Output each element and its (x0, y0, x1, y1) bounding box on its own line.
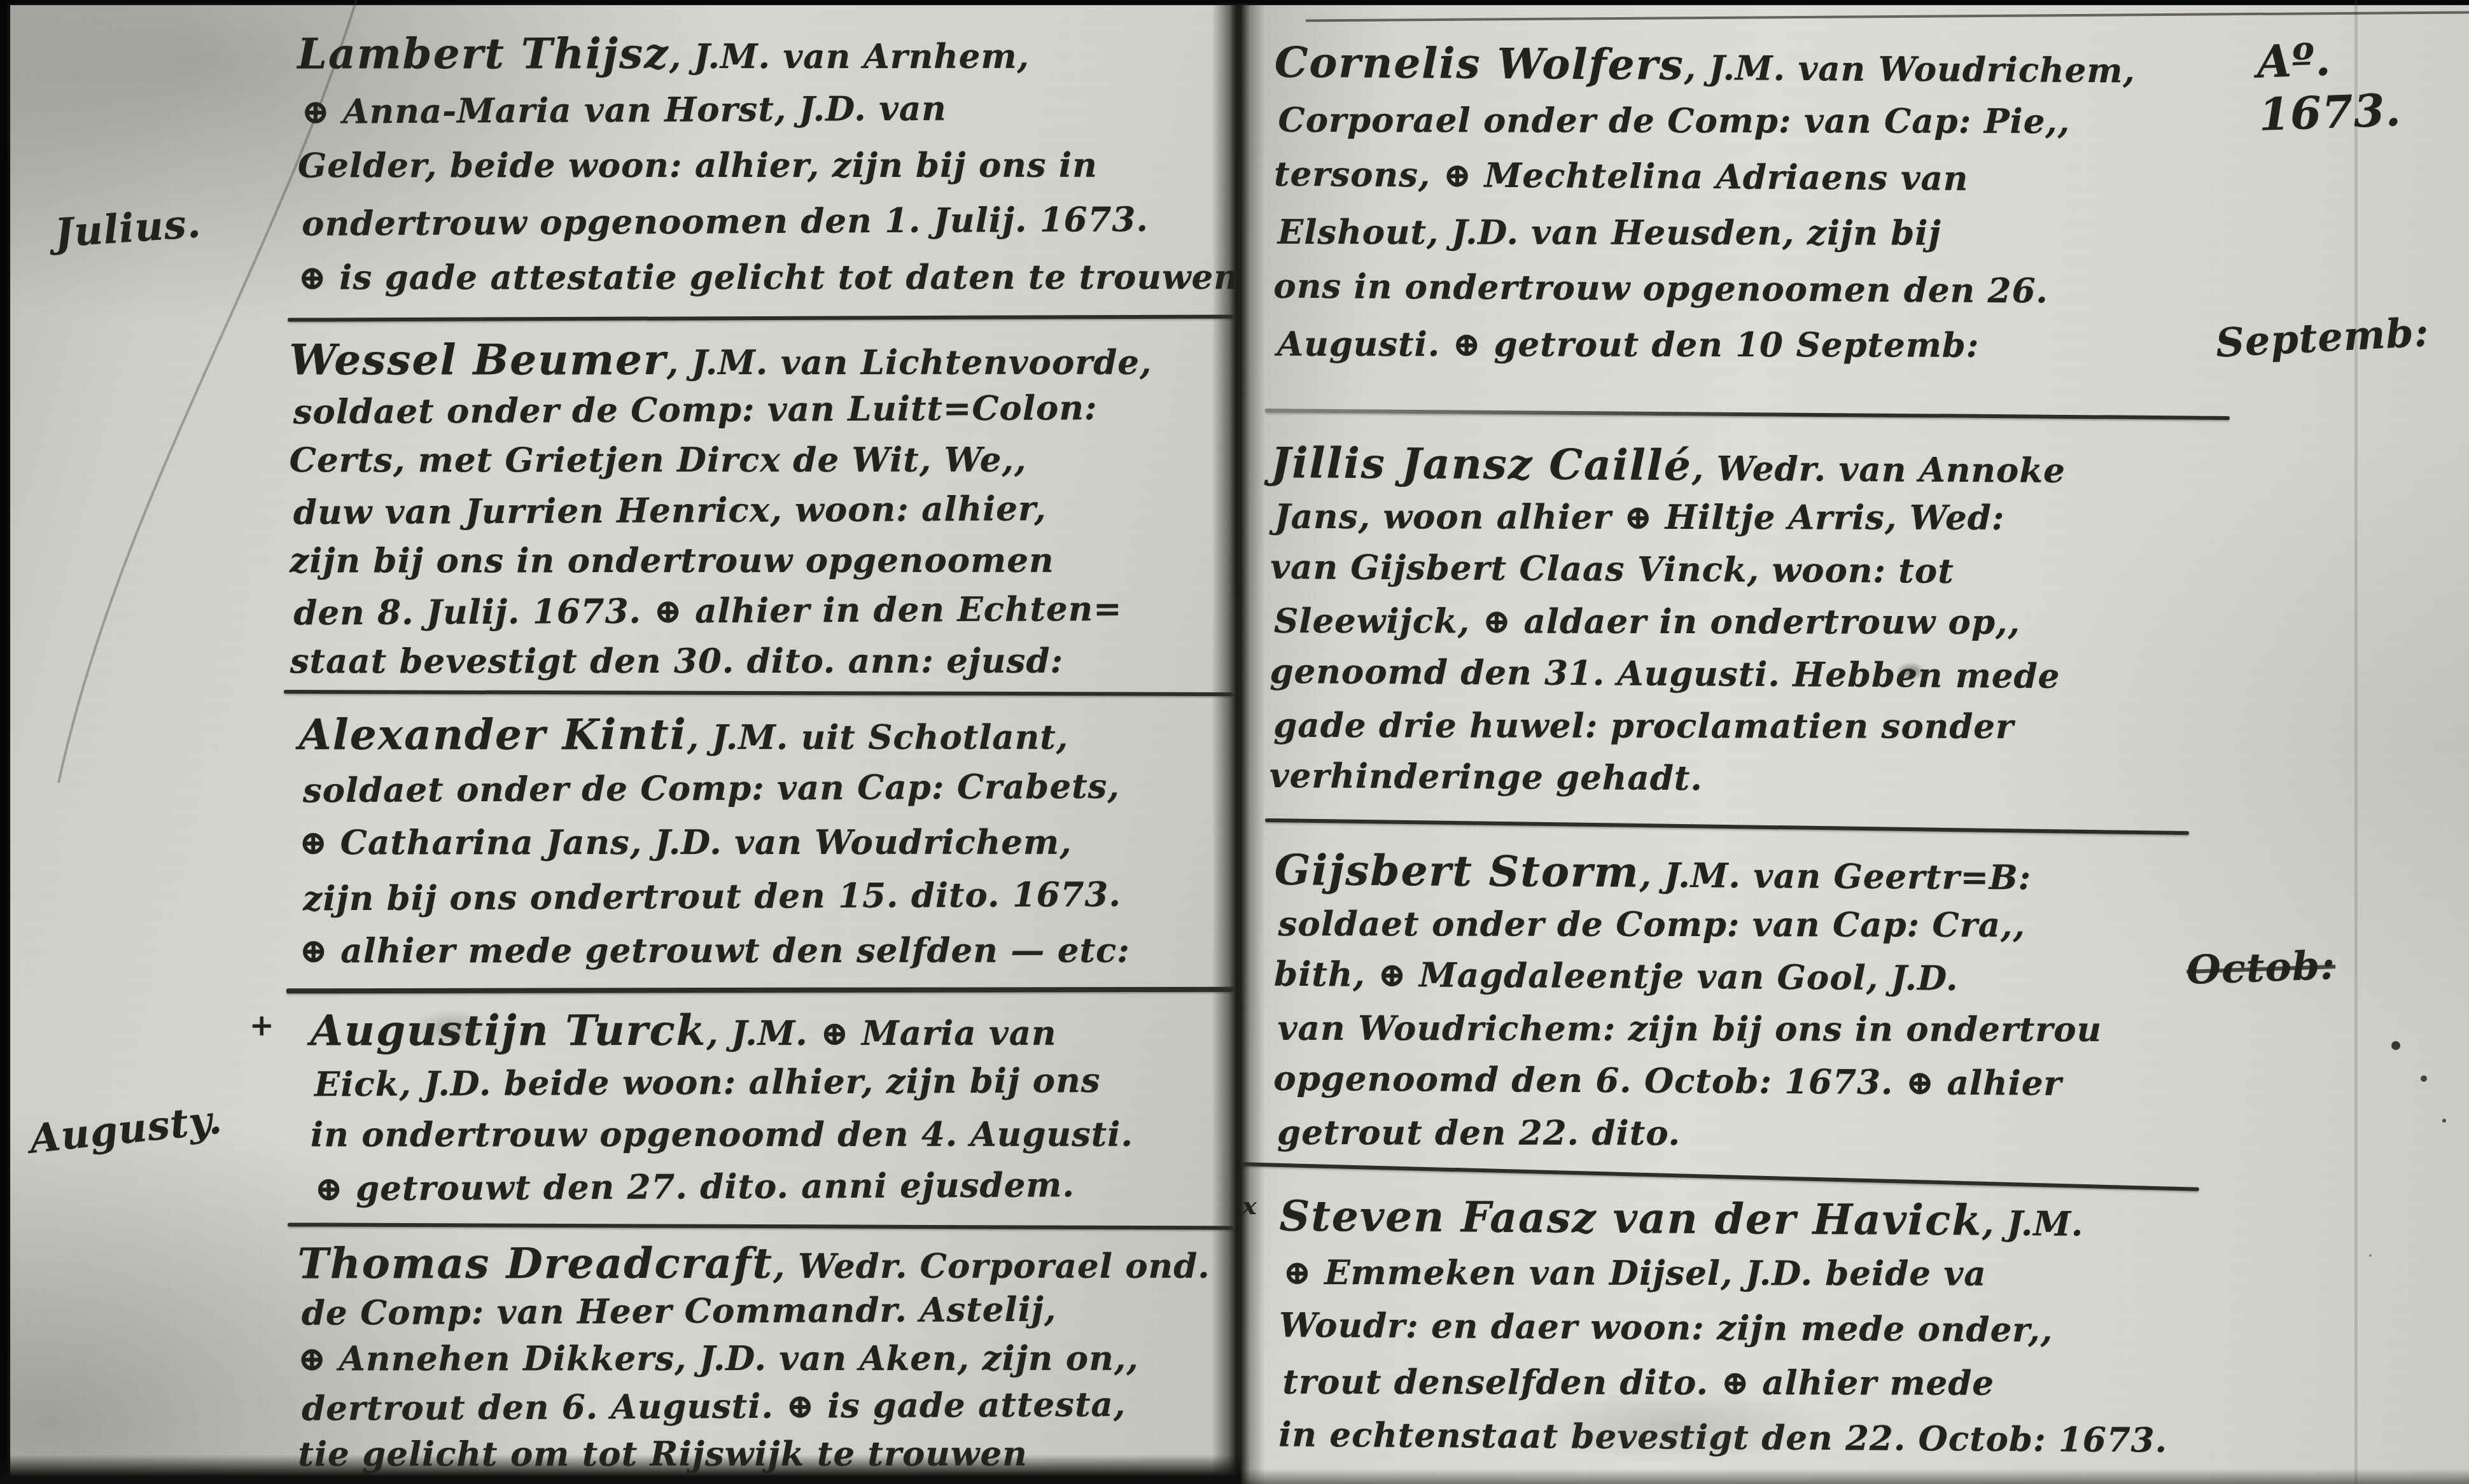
entry-line: Lambert Thijsz, J.M. van Arnhem, (298, 25, 1238, 82)
entry-line: Augustijn Turck, J.M. ⊕ Maria van (311, 1004, 1133, 1057)
marriage-entry: Gijsbert Storm, J.M. van Geertr=B: solda… (1273, 844, 2099, 1161)
entry-line: Gijsbert Storm, J.M. van Geertr=B: (1275, 844, 2099, 901)
ink-spots (2391, 1041, 2400, 1050)
entry-line: Jillis Jansz Caillé, Wedr. van Annoke (1271, 437, 2066, 494)
entry-line: bith, ⊕ Magdaleentje van Gool, J.D. (1274, 948, 2099, 1005)
entry-line: Sleewijck, ⊕ aldaer in ondertrouw op,, (1274, 595, 2069, 648)
entry-line-tail: , Wedr. Corporael ond. (773, 1247, 1210, 1286)
entry-line: duw van Jurrien Henricx, woon: alhier, (293, 483, 1156, 538)
groom-name: Jillis Jansz Caillé (1271, 438, 1692, 490)
entry-line: verhinderinge gehadt. (1269, 750, 2064, 807)
entry-line: ⊕ Emmeken van Dijsel, J.D. beide va (1283, 1245, 2172, 1301)
entry-line: Gelder, beide woon: alhier, zijn bij ons… (298, 137, 1238, 194)
entry-line: van Woudrichem: zijn bij ons in ondertro… (1278, 1002, 2102, 1056)
entry-line: ⊕ alhier mede getrouwt den selfden — etc… (299, 924, 1130, 979)
groom-name: Thomas Dreadcraft (298, 1238, 773, 1288)
entry-line-tail: , Wedr. van Annoke (1692, 449, 2066, 491)
entry-line: Cornelis Wolfers, J.M. van Woudrichem, (1275, 34, 2136, 96)
entry-line: tie gelicht om tot Rijswijk te trouwen (298, 1431, 1210, 1479)
entry-line: zijn bij ons ondertrout den 15. dito. 16… (303, 868, 1134, 927)
entry-line-tail: , J.M. (1982, 1204, 2084, 1244)
scan-edge-left (0, 0, 11, 1484)
margin-cross-mark: + (249, 1008, 275, 1042)
groom-name: Lambert Thijsz (298, 29, 669, 78)
entry-line: Wessel Beumer, J.M. van Lichtenvoorde, (289, 335, 1152, 386)
entry-line: Alexander Kinti, J.M. uit Schotlant, (299, 708, 1130, 762)
entry-line: in echtenstaat bevestigt den 22. Octob: … (1278, 1407, 2167, 1467)
entry-line: ⊕ Annehen Dikkers, J.D. van Aken, zijn o… (298, 1335, 1210, 1383)
entry-line: tersons, ⊕ Mechtelina Adriaens van (1274, 146, 2136, 208)
entry-line: dertrout den 6. Augusti. ⊕ is gade attes… (302, 1380, 1214, 1433)
entry-line: zijn bij ons in ondertrouw opgenoomen (290, 536, 1152, 587)
entry-line: Thomas Dreadcraft, Wedr. Corporael ond. (298, 1240, 1210, 1288)
entry-line: in ondertrouw opgenoomd den 4. Augusti. (311, 1109, 1133, 1161)
entry-line: Certs, met Grietjen Dircx de Wit, We,, (290, 435, 1152, 486)
entry-line-tail: , J.M. van Lichtenvoorde, (667, 343, 1152, 382)
entry-line: Elshout, J.D. van Heusden, zijn bij (1278, 204, 2139, 262)
entry-line: Eick, J.D. beide woon: alhier, zijn bij … (314, 1054, 1137, 1111)
groom-name: Gijsbert Storm (1275, 845, 1640, 897)
entry-line: Steven Faasz van der Havick, J.M. (1279, 1188, 2168, 1249)
entry-line-tail: , J.M. van Geertr=B: (1639, 856, 2031, 898)
entry-line: Corporael onder de Comp: van Cap: Pie,, (1278, 92, 2139, 150)
entry-line: soldaet onder de Comp: van Cap: Crabets, (303, 760, 1134, 818)
marriage-entry: Alexander Kinti, J.M. uit Schotlant, sol… (298, 706, 1130, 979)
groom-name: Cornelis Wolfers (1275, 38, 1684, 90)
entry-line: soldaet onder de Comp: van Luitt=Colon: (293, 382, 1156, 437)
marriage-entry: Wessel Beumer, J.M. van Lichtenvoorde, s… (289, 333, 1153, 688)
entry-line: genoomd den 31. Augusti. Hebben mede (1269, 645, 2064, 703)
marriage-entry: Steven Faasz van der Havick, J.M. ⊕ Emme… (1278, 1189, 2169, 1467)
entry-line: getrout den 22. dito. (1277, 1107, 2101, 1160)
entry-line: trout denselfden dito. ⊕ alhier mede (1283, 1355, 2172, 1411)
entry-line-tail: , J.M. van Woudrichem, (1684, 48, 2136, 91)
groom-name: Augustijn Turck (311, 1005, 707, 1055)
entry-line: ⊕ is gade attestatie gelicht tot daten t… (298, 249, 1238, 306)
scanned-register-spread: Julius. Augusty. + Lambert Thijsz, J.M. … (0, 0, 2469, 1484)
groom-name: Alexander Kinti (299, 710, 687, 759)
marriage-entry: Jillis Jansz Caillé, Wedr. van Annoke Ja… (1269, 437, 2066, 806)
entry-line: staat bevestigt den 30. dito. ann: ejusd… (290, 636, 1153, 687)
entry-line: ons in ondertrouw opgenoomen den 26. (1273, 258, 2135, 320)
groom-name: Steven Faasz van der Havick (1280, 1191, 1983, 1245)
margin-month-label-octob: Octob: (2186, 942, 2336, 993)
entry-line: ⊕ Catharina Jans, J.D. van Woudrichem, (299, 816, 1130, 871)
entry-line: de Comp: van Heer Commandr. Astelij, (302, 1285, 1214, 1338)
entry-line: ⊕ Anna-Maria van Horst, J.D. van (302, 79, 1243, 140)
entry-line: soldaet onder de Comp: van Cap: Cra,, (1278, 898, 2102, 951)
marriage-entry: Thomas Dreadcraft, Wedr. Corporael ond. … (298, 1238, 1211, 1480)
scan-edge-top (0, 0, 2469, 6)
entry-line: den 8. Julij. 1673. ⊕ alhier in den Echt… (293, 584, 1156, 638)
entry-line: opgenoomd den 6. Octob: 1673. ⊕ alhier (1273, 1053, 2098, 1110)
entry-line-tail: , J.M. van Arnhem, (669, 37, 1030, 76)
entry-line: ⊕ getrouwt den 27. dito. anni ejusdem. (314, 1159, 1137, 1215)
entry-line: Augusti. ⊕ getrout den 10 Septemb: (1277, 316, 2138, 374)
entry-line: Woudr: en daer woon: zijn mede onder,, (1279, 1298, 2168, 1358)
entry-line-tail: , J.M. ⊕ Maria van (706, 1014, 1056, 1053)
entry-line-tail: , J.M. uit Schotlant, (687, 718, 1068, 757)
year-heading: Aº. 1673. (2256, 28, 2469, 141)
entry-line: Jans, woon alhier ⊕ Hiltje Arris, Wed: (1275, 491, 2069, 544)
marriage-entry: Lambert Thijsz, J.M. van Arnhem, ⊕ Anna-… (297, 24, 1238, 307)
entry-line: ondertrouw opgenoomen den 1. Julij. 1673… (302, 191, 1243, 252)
paper-crease-vertical (2354, 0, 2358, 1484)
groom-name: Wessel Beumer (289, 335, 666, 384)
scan-edge-bottom-right (1241, 1469, 2469, 1484)
entry-line: gade drie huwel: proclamatien sonder (1273, 699, 2068, 753)
marriage-entry: Augustijn Turck, J.M. ⊕ Maria van Eick, … (311, 1003, 1134, 1214)
marriage-entry: Cornelis Wolfers, J.M. van Woudrichem, C… (1273, 35, 2136, 375)
margin-x-mark: x (1242, 1191, 1257, 1220)
entry-line: van Gijsbert Claas Vinck, woon: tot (1270, 541, 2065, 598)
